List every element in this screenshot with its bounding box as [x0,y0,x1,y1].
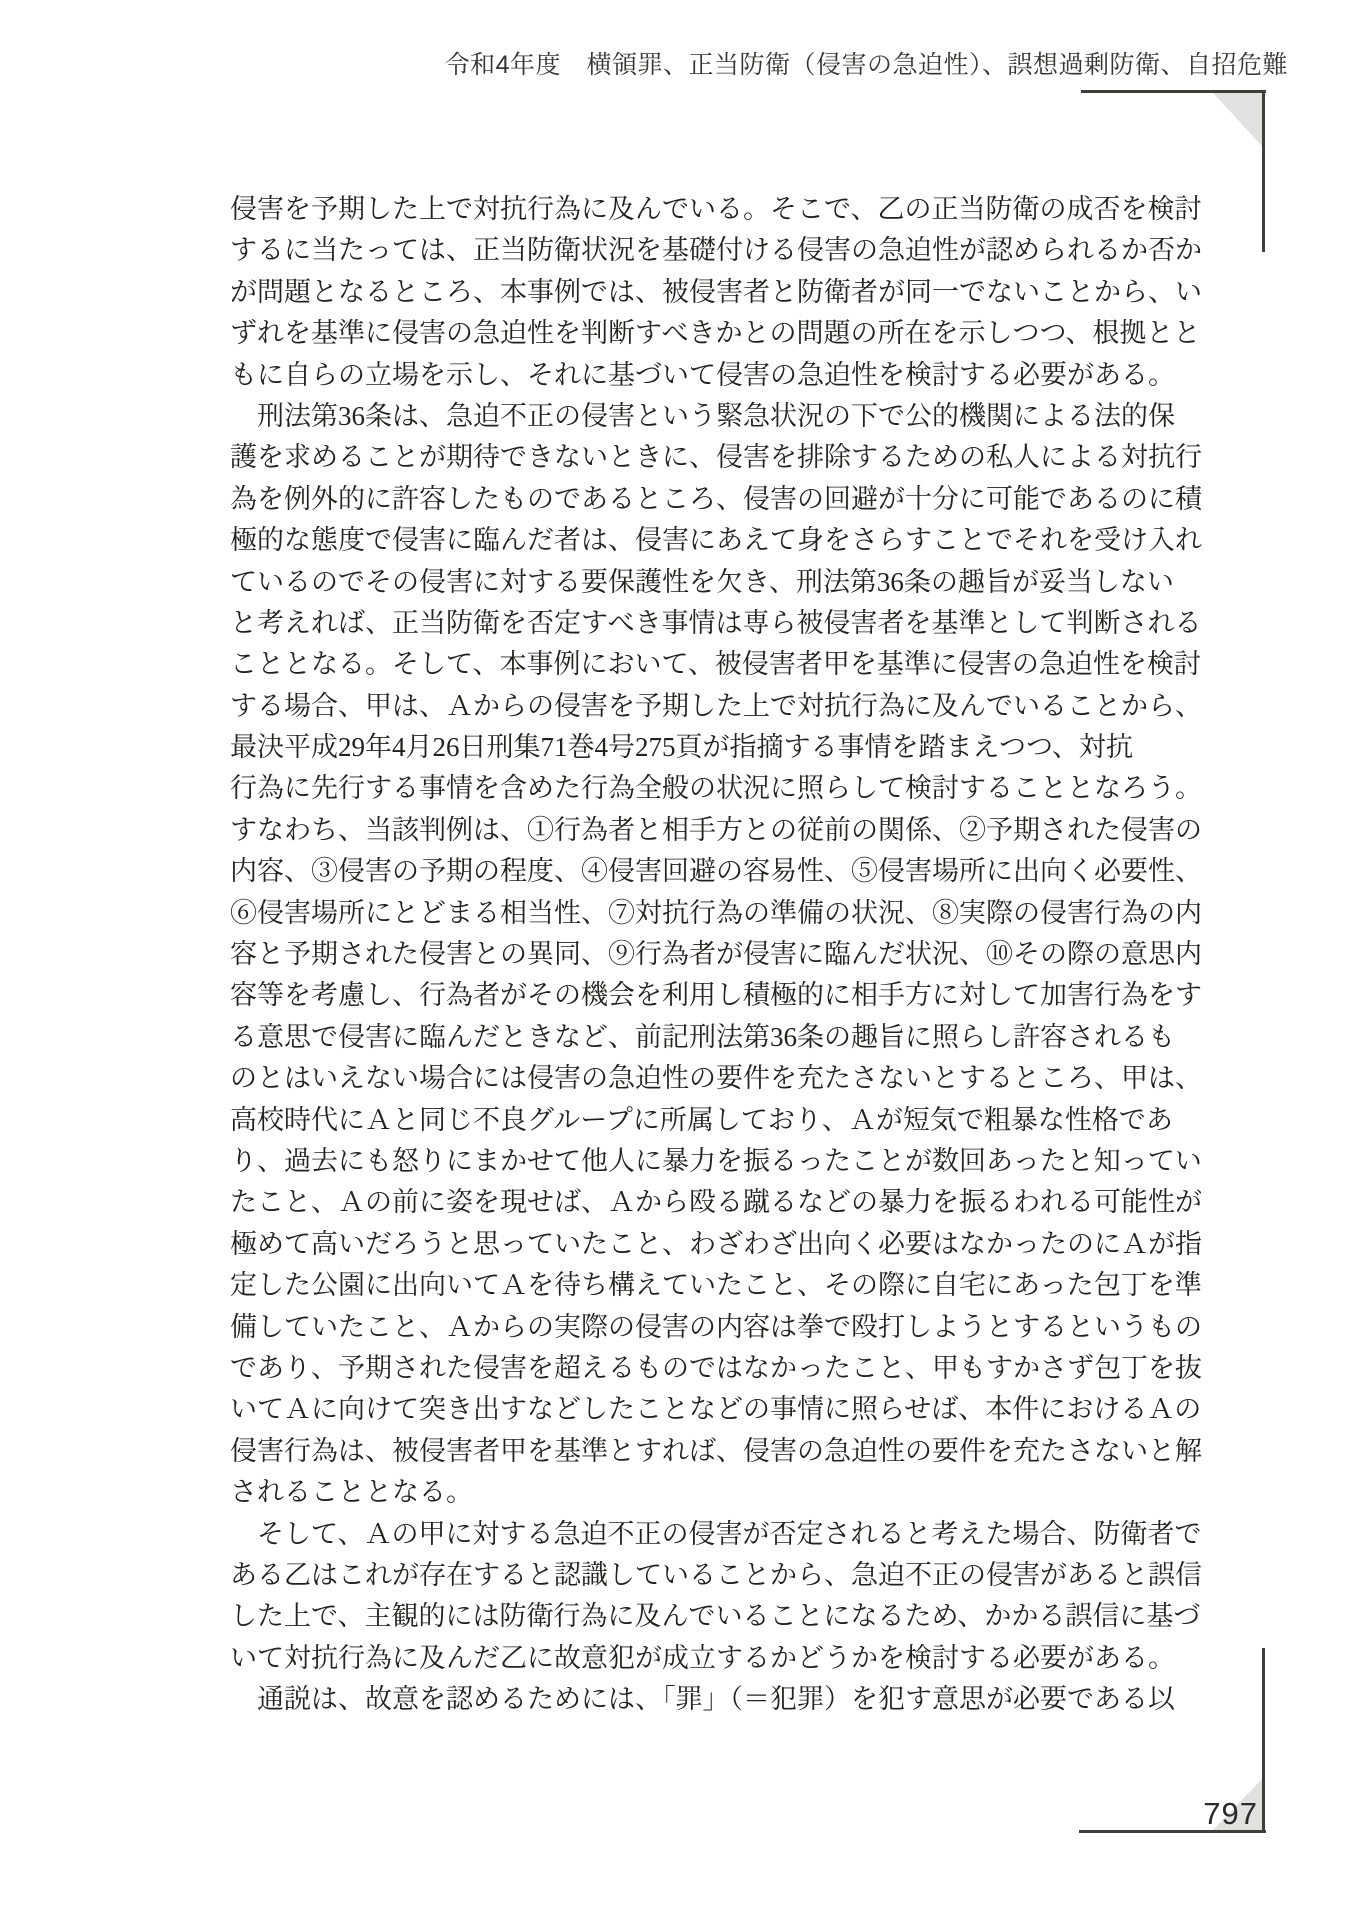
body-line: すなわち、当該判例は、①行為者と相手方との従前の関係、②予期された侵害の [230,810,1212,851]
body-line: いて対抗行為に及んだ乙に故意犯が成立するかどうかを検討する必要がある。 [230,1638,1212,1679]
body-line: 極めて高いだろうと思っていたこと、わざわざ出向く必要はなかったのにＡが指 [230,1224,1212,1265]
body-line: 刑法第36条は、急迫不正の侵害という緊急状況の下で公的機関による法的保 [230,396,1212,437]
body-line: 護を求めることが期待できないときに、侵害を排除するための私人による対抗行 [230,437,1212,478]
body-line: であり、予期された侵害を超えるものではなかったこと、甲もすかさず包丁を抜 [230,1348,1212,1389]
body-line: 備していたこと、Ａからの実際の侵害の内容は拳で殴打しようとするというもの [230,1307,1212,1348]
body-line: 内容、③侵害の予期の程度、④侵害回避の容易性、⑤侵害場所に出向く必要性、 [230,851,1212,892]
body-line: 高校時代にＡと同じ不良グループに所属しており、Ａが短気で粗暴な性格であ [230,1100,1212,1141]
body-line: こととなる。そして、本事例において、被侵害者甲を基準に侵害の急迫性を検討 [230,644,1212,685]
body-line: 定した公園に出向いてＡを待ち構えていたこと、その際に自宅にあった包丁を準 [230,1265,1212,1306]
bottom-rule-vertical [1262,1648,1265,1833]
body-line: 侵害行為は、被侵害者甲を基準とすれば、侵害の急迫性の要件を充たさないと解 [230,1431,1212,1472]
body-line: 行為に先行する事情を含めた行為全般の状況に照らして検討することとなろう。 [230,768,1212,809]
body-line: する場合、甲は、Ａからの侵害を予期した上で対抗行為に及んでいることから、 [230,686,1212,727]
top-rule-vertical [1262,90,1265,252]
body-line: り、過去にも怒りにまかせて他人に暴力を振るったことが数回あったと知ってい [230,1141,1212,1182]
body-line: 為を例外的に許容したものであるところ、侵害の回避が十分に可能であるのに積 [230,479,1212,520]
body-line: 侵害を予期した上で対抗行為に及んでいる。そこで、乙の正当防衛の成否を検討 [230,189,1212,230]
body-line: のとはいえない場合には侵害の急迫性の要件を充たさないとするところ、甲は、 [230,1058,1212,1099]
body-line: 容と予期された侵害との異同、⑨行為者が侵害に臨んだ状況、⑩その際の意思内 [230,934,1212,975]
page-header-title: 令和4年度 横領罪、正当防衛（侵害の急迫性）、誤想過剰防衛、自招危難 [0,48,1288,82]
body-line: 容等を考慮し、行為者がその機会を利用し積極的に相手方に対して加害行為をす [230,975,1212,1016]
body-line: 極的な態度で侵害に臨んだ者は、侵害にあえて身をさらすことでそれを受け入れ [230,520,1212,561]
body-line: するに当たっては、正当防衛状況を基礎付ける侵害の急迫性が認められるか否か [230,230,1212,271]
body-line: 最決平成29年4月26日刑集71巻4号275頁が指摘する事情を踏まえつつ、対抗 [230,727,1212,768]
top-corner-fold-triangle [1213,93,1262,146]
body-line: もに自らの立場を示し、それに基づいて侵害の急迫性を検討する必要がある。 [230,355,1212,396]
body-line: されることとなる。 [230,1472,1212,1513]
body-line: が問題となるところ、本事例では、被侵害者と防衛者が同一でないことから、い [230,272,1212,313]
page-number: 797 [1058,1798,1258,1830]
body-line: そして、Ａの甲に対する急迫不正の侵害が否定されると考えた場合、防衛者で [230,1514,1212,1555]
body-line: と考えれば、正当防衛を否定すべき事情は専ら被侵害者を基準として判断される [230,603,1212,644]
body-line: たこと、Ａの前に姿を現せば、Ａから殴る蹴るなどの暴力を振るわれる可能性が [230,1182,1212,1223]
body-line: 通説は、故意を認めるためには、「罪」（＝犯罪）を犯す意思が必要である以 [230,1679,1212,1720]
body-line: ある乙はこれが存在すると認識していることから、急迫不正の侵害があると誤信 [230,1555,1212,1596]
top-rule-horizontal [1081,90,1266,93]
body-text: 侵害を予期した上で対抗行為に及んでいる。そこで、乙の正当防衛の成否を検討するに当… [230,189,1212,1720]
body-line: ⑥侵害場所にとどまる相当性、⑦対抗行為の準備の状況、⑧実際の侵害行為の内 [230,893,1212,934]
body-line: る意思で侵害に臨んだときなど、前記刑法第36条の趣旨に照らし許容されるも [230,1017,1212,1058]
book-page: 令和4年度 横領罪、正当防衛（侵害の急迫性）、誤想過剰防衛、自招危難 侵害を予期… [0,0,1350,1920]
body-line: した上で、主観的には防衛行為に及んでいることになるため、かかる誤信に基づ [230,1596,1212,1637]
body-line: ずれを基準に侵害の急迫性を判断すべきかとの問題の所在を示しつつ、根拠とと [230,313,1212,354]
body-line: ているのでその侵害に対する要保護性を欠き、刑法第36条の趣旨が妥当しない [230,562,1212,603]
body-line: いてＡに向けて突き出すなどしたことなどの事情に照らせば、本件におけるＡの [230,1389,1212,1430]
